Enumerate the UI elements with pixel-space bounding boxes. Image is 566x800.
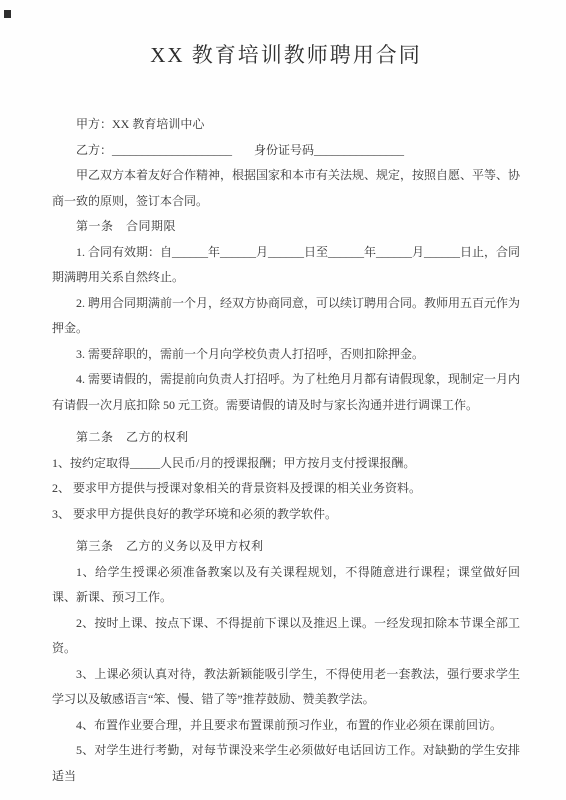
party-b-blank-field: ____________________ bbox=[112, 143, 232, 157]
id-number-label: 身份证号码 bbox=[254, 143, 314, 157]
party-b-label: 乙方： bbox=[76, 143, 112, 157]
section-3-item-1: 1、给学生授课必须准备教案以及有关课程规划，不得随意进行课程；课堂做好回课、新课… bbox=[52, 560, 520, 611]
section-1-item-3: 3. 需要辞职的，需前一个月向学校负责人打招呼，否则扣除押金。 bbox=[52, 342, 520, 368]
party-a-line: 甲方：XX 教育培训中心 bbox=[52, 112, 520, 138]
section-3-item-4: 4、布置作业要合理，并且要求布置课前预习作业，布置的作业必须在课前回访。 bbox=[52, 713, 520, 739]
document-title: XX 教育培训教师聘用合同 bbox=[52, 44, 520, 66]
section-2-item-1: 1、按约定取得_____人民币/月的授课报酬；甲方按月支付授课报酬。 bbox=[52, 451, 520, 477]
section-3-heading: 第三条 乙方的义务以及甲方权利 bbox=[52, 534, 520, 560]
section-3-item-2: 2、按时上课、按点下课、不得提前下课以及推迟上课。一经发现扣除本节课全部工资。 bbox=[52, 611, 520, 662]
section-1-item-1: 1. 合同有效期：自______年______月______日至______年_… bbox=[52, 240, 520, 291]
section-2-heading: 第二条 乙方的权利 bbox=[52, 425, 520, 451]
scan-corner-mark bbox=[4, 10, 11, 18]
parties-block: 甲方：XX 教育培训中心 乙方：____________________身份证号… bbox=[52, 112, 520, 163]
section-3-item-3: 3、上课必须认真对待，教法新颖能吸引学生，不得使用老一套教法，强行要求学生学习以… bbox=[52, 662, 520, 713]
preamble-paragraph: 甲乙双方本着友好合作精神，根据国家和本市有关法规、规定，按照自愿、平等、协商一致… bbox=[52, 163, 520, 214]
document-body: 甲方：XX 教育培训中心 乙方：____________________身份证号… bbox=[52, 112, 520, 789]
id-number-blank-field: _______________ bbox=[314, 143, 404, 157]
section-2-item-3: 3、 要求甲方提供良好的教学环境和必须的教学软件。 bbox=[52, 502, 520, 528]
section-1-item-2: 2. 聘用合同期满前一个月，经双方协商同意，可以续订聘用合同。教师用五百元作为押… bbox=[52, 291, 520, 342]
contract-page: XX 教育培训教师聘用合同 甲方：XX 教育培训中心 乙方：__________… bbox=[0, 0, 566, 800]
document-content: XX 教育培训教师聘用合同 甲方：XX 教育培训中心 乙方：__________… bbox=[0, 44, 566, 789]
section-3-item-5: 5、对学生进行考勤，对每节课没来学生必须做好电话回访工作。对缺勤的学生安排适当 bbox=[52, 738, 520, 789]
party-b-line: 乙方：____________________身份证号码____________… bbox=[52, 138, 520, 164]
section-1-item-4: 4. 需要请假的，需提前向负责人打招呼。为了杜绝月月都有请假现象，现制定一月内有… bbox=[52, 367, 520, 418]
section-1-heading: 第一条 合同期限 bbox=[52, 214, 520, 240]
section-2-item-2: 2、 要求甲方提供与授课对象相关的背景资料及授课的相关业务资料。 bbox=[52, 476, 520, 502]
